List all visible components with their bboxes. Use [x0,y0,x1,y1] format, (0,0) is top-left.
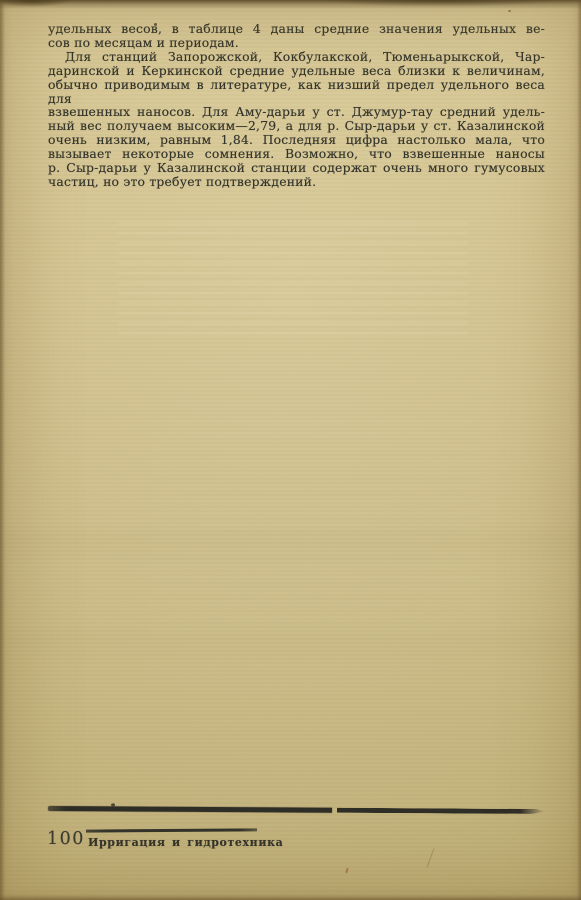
text-line: взвешенных наносов. Для Аму-дарьи у ст. … [48,105,545,119]
bottom-edge-shadow [0,895,581,900]
scanned-book-page: удельных весов, в таблице 4 даны средние… [0,0,581,900]
paper-scratch [427,848,435,867]
text-line: р. Сыр-дарьи у Казалинской станции содер… [48,161,545,175]
text-line: сов по месяцам и периодам. [48,36,545,50]
footer-rule-right-segment [337,808,545,814]
text-line: Для станций Запорожской, Кокбулакской, Т… [48,50,545,64]
text-line: очень низким, равным 1,84. Последняя циф… [48,133,545,147]
text-line: удельных весов, в таблице 4 даны средние… [48,22,545,36]
left-edge-shadow [0,0,5,900]
right-edge-shadow [577,0,581,900]
page-number: 100 [47,829,85,849]
text-line: обычно приводимым в литературе, как низш… [48,78,545,106]
body-text: удельных весов, в таблице 4 даны средние… [48,22,545,189]
text-line: ный вес получаем высоким—2,79, а для р. … [48,119,545,133]
top-edge-shadow [0,0,581,9]
reverse-page-show-through-faint [150,420,480,640]
ink-speck [508,10,511,12]
footer-signature: Ирригация и гидротехника [88,836,283,849]
red-speck [345,868,348,873]
ink-blot [111,803,115,806]
footer-rule [48,806,545,815]
footer-rule-left-segment [48,806,332,813]
reverse-page-show-through [118,222,468,340]
text-line: вызывает некоторые сомнения. Возможно, ч… [48,147,545,161]
footer-signature-overline [86,828,257,832]
text-line: частиц, но это требует подтверждений. [48,175,545,189]
text-line: даринской и Керкинской средние удельные … [48,64,545,78]
